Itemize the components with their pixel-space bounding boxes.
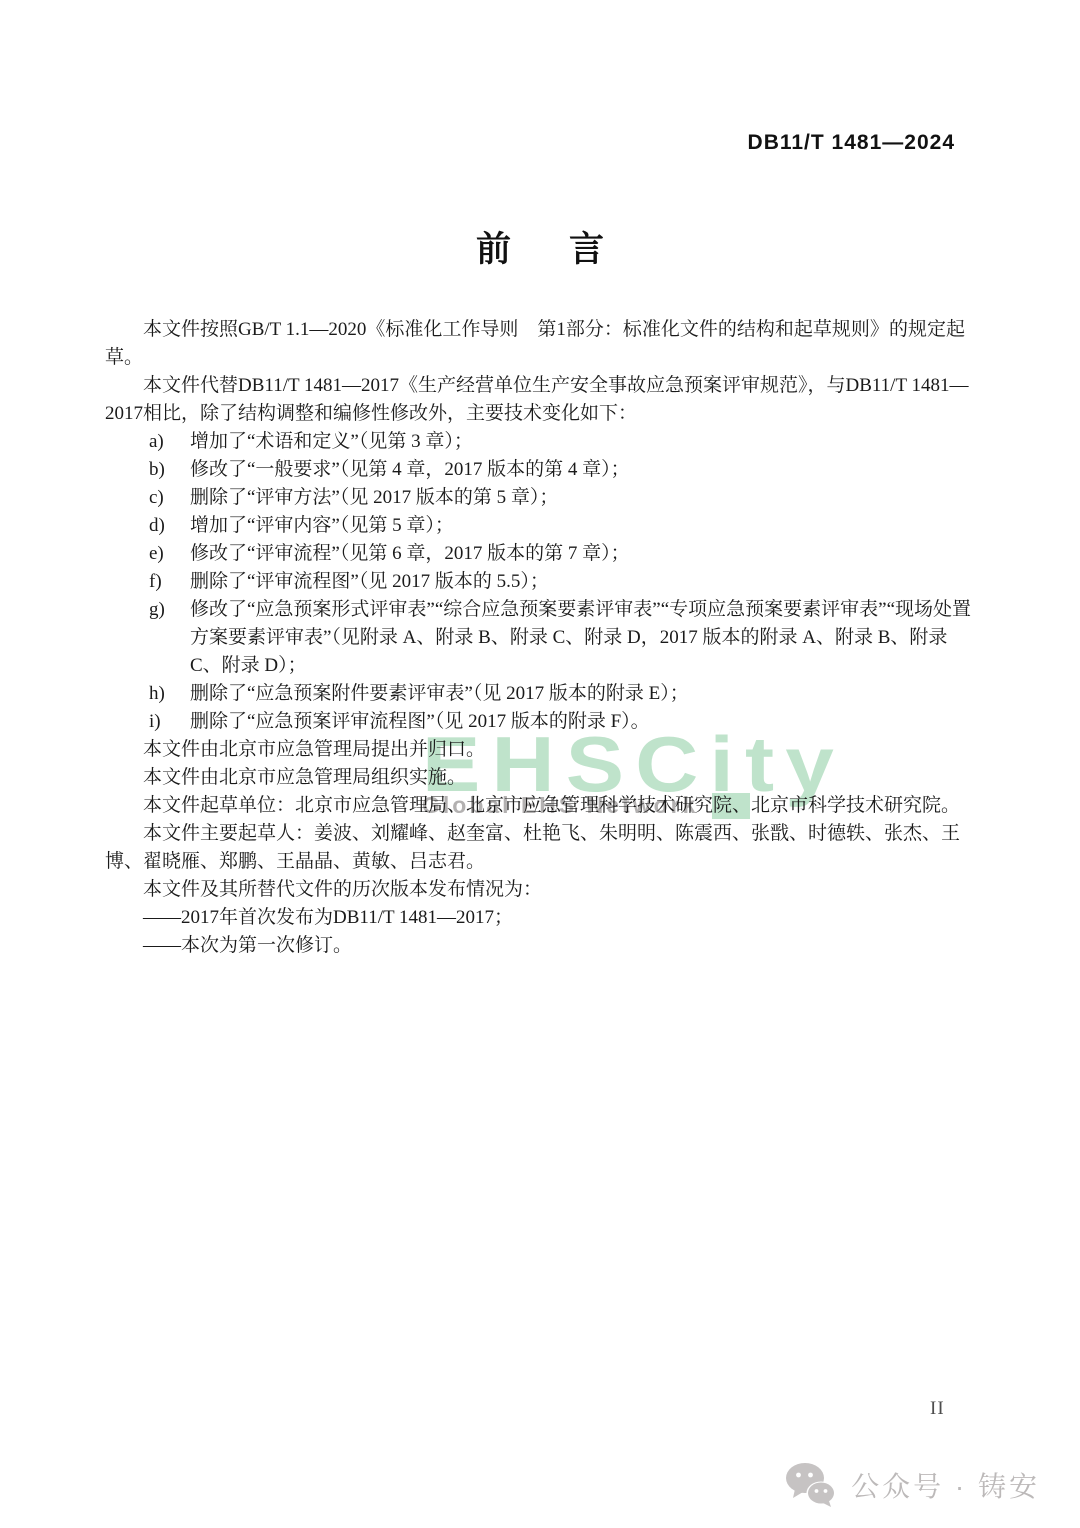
change-item-h: h)删除了“应急预案附件要素评审表”（见 2017 版本的附录 E）； [105, 680, 975, 708]
change-item-f: f)删除了“评审流程图”（见 2017 版本的 5.5）； [105, 568, 975, 596]
change-label: d) [149, 512, 165, 540]
paragraph-drafters: 本文件主要起草人：姜波、刘耀峰、赵奎富、杜艳飞、朱明明、陈震西、张戬、时德轶、张… [105, 820, 975, 876]
change-label: f) [149, 568, 162, 596]
paragraph-implemented-by: 本文件由北京市应急管理局组织实施。 [105, 764, 975, 792]
change-text: 修改了“应急预案形式评审表”“综合应急预案要素评审表”“专项应急预案要素评审表”… [190, 599, 971, 676]
change-label: i) [149, 708, 161, 736]
change-text: 删除了“评审流程图”（见 2017 版本的 5.5）； [190, 571, 549, 592]
change-text: 修改了“一般要求”（见第 4 章，2017 版本的第 4 章）； [190, 459, 630, 480]
changes-list: a)增加了“术语和定义”（见第 3 章）； b)修改了“一般要求”（见第 4 章… [105, 428, 975, 736]
change-label: c) [149, 484, 164, 512]
page-title: 前言 [0, 222, 1080, 272]
wechat-account-label: 公众号 · 铸安 [851, 1465, 1040, 1505]
foreword-body: 本文件按照GB/T 1.1—2020《标准化工作导则 第1部分：标准化文件的结构… [105, 316, 975, 960]
change-text: 删除了“评审方法”（见 2017 版本的第 5 章）； [190, 487, 558, 508]
change-item-i: i)删除了“应急预案评审流程图”（见 2017 版本的附录 F）。 [105, 708, 975, 736]
title-char-yan: 言 [569, 230, 604, 269]
document-page: DB11/T 1481—2024 前言 本文件按照GB/T 1.1—2020《标… [0, 0, 1080, 1528]
change-label: a) [149, 428, 164, 456]
wechat-banner: 公众号 · 铸安 [785, 1462, 1040, 1508]
change-text: 删除了“应急预案评审流程图”（见 2017 版本的附录 F）。 [190, 711, 650, 732]
wechat-icon [785, 1462, 837, 1508]
change-text: 修改了“评审流程”（见第 6 章，2017 版本的第 7 章）； [190, 543, 630, 564]
change-text: 增加了“评审内容”（见第 5 章）； [190, 515, 454, 536]
change-item-a: a)增加了“术语和定义”（见第 3 章）； [105, 428, 975, 456]
history-item-revision: ——本次为第一次修订。 [105, 932, 975, 960]
change-text: 增加了“术语和定义”（见第 3 章）； [190, 431, 473, 452]
paragraph-drafting-orgs: 本文件起草单位：北京市应急管理局、北京市应急管理科学技术研究院、北京市科学技术研… [105, 792, 975, 820]
history-item-2017: ——2017年首次发布为DB11/T 1481—2017； [105, 904, 975, 932]
paragraph-replaces: 本文件代替DB11/T 1481—2017《生产经营单位生产安全事故应急预案评审… [105, 372, 975, 428]
change-label: e) [149, 540, 164, 568]
change-text: 删除了“应急预案附件要素评审表”（见 2017 版本的附录 E）； [190, 683, 689, 704]
change-label: h) [149, 680, 165, 708]
change-item-g: g)修改了“应急预案形式评审表”“综合应急预案要素评审表”“专项应急预案要素评审… [105, 596, 975, 680]
paragraph-basis: 本文件按照GB/T 1.1—2020《标准化工作导则 第1部分：标准化文件的结构… [105, 316, 975, 372]
title-char-qian: 前 [476, 230, 511, 269]
paragraph-proposed-by: 本文件由北京市应急管理局提出并归口。 [105, 736, 975, 764]
change-label: b) [149, 456, 165, 484]
paragraph-history-intro: 本文件及其所替代文件的历次版本发布情况为： [105, 876, 975, 904]
change-item-e: e)修改了“评审流程”（见第 6 章，2017 版本的第 7 章）； [105, 540, 975, 568]
change-item-d: d)增加了“评审内容”（见第 5 章）； [105, 512, 975, 540]
change-label: g) [149, 596, 165, 624]
change-item-c: c)删除了“评审方法”（见 2017 版本的第 5 章）； [105, 484, 975, 512]
page-number: II [930, 1398, 945, 1420]
change-item-b: b)修改了“一般要求”（见第 4 章，2017 版本的第 4 章）； [105, 456, 975, 484]
doc-number: DB11/T 1481—2024 [748, 131, 955, 155]
